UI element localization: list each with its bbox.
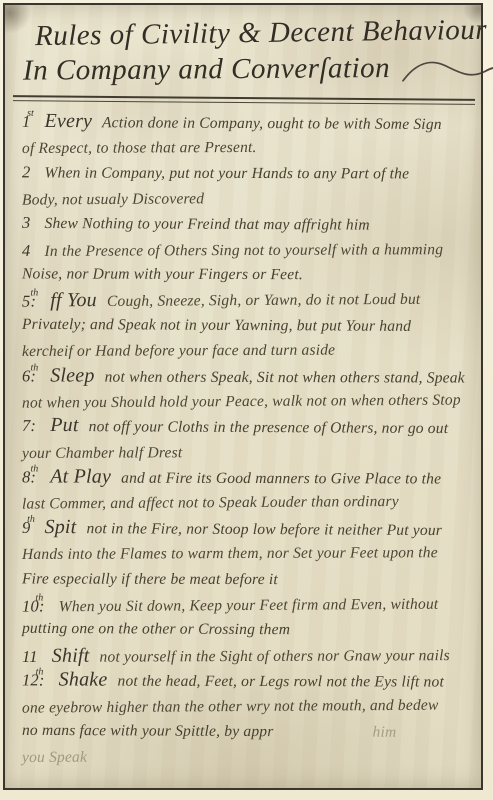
rule-text: Shew Nothing to your Freind that may aff… <box>44 215 369 234</box>
rule-text: In the Presence of Others Sing not to yo… <box>44 241 443 260</box>
rule-lead-word: Shake <box>59 669 108 691</box>
rule-number-superscript: th <box>36 660 44 685</box>
rule-lead-word: Spit <box>44 516 76 538</box>
rule-number-superscript: th <box>30 281 38 306</box>
manuscript-scan: Rules of Civility & Decent Behaviour In … <box>0 0 493 800</box>
rule-text: Fire especially if there be meat before … <box>22 570 278 588</box>
rule-text: you Speak <box>22 749 87 766</box>
rule-line: no mans face with your Spittle, by appr … <box>22 718 471 746</box>
flourish-icon <box>400 54 493 89</box>
rule-text: your Chamber half Drest <box>22 444 182 462</box>
rule-faded-text: him <box>373 724 397 741</box>
rule-line: Privately; and Speak not in your Yawning… <box>22 312 471 340</box>
rule-number: 2 <box>22 160 31 185</box>
rule-number: 1st <box>22 108 31 133</box>
rule-line: putting one on the other or Crossing the… <box>22 616 471 644</box>
rule-lead-word: At Play <box>50 466 111 488</box>
rule-text: not when you Should hold your Peace, wal… <box>22 391 461 411</box>
rule-text: Cough, Sneeze, Sigh, or Yawn, do it not … <box>107 291 421 310</box>
rule-text: no mans face with your Spittle, by appr <box>22 722 274 740</box>
rule-text: last Commer, and affect not to Speak Lou… <box>22 493 399 513</box>
rule-line: 8:th At Play and at Fire its Good manner… <box>22 465 471 492</box>
rule-text: When in Company, put not your Hands to a… <box>45 165 410 183</box>
rule-line: 2 When in Company, put not your Hands to… <box>22 160 471 187</box>
rule-line: 10:th When you Sit down, Keep your Feet … <box>22 590 471 619</box>
rule-number-superscript: th <box>30 355 38 380</box>
rule-number-superscript: th <box>30 457 38 482</box>
page-title-line1: Rules of Civility & Decent Behaviour <box>35 14 477 54</box>
rule-number-superscript: st <box>27 100 34 125</box>
rule-text: Hands into the Flames to warm them, nor … <box>22 544 438 563</box>
rule-text: of Respect, to those that are Present. <box>22 139 257 157</box>
rule-line: Fire especially if there be meat before … <box>22 566 471 593</box>
rule-line: kercheif or Hand before your face and tu… <box>22 337 471 364</box>
rule-line: Noise, nor Drum with your Fingers or Fee… <box>22 261 471 288</box>
rule-line: last Commer, and affect not to Speak Lou… <box>22 489 471 518</box>
rule-line: Body, not usualy Discovered <box>22 184 471 213</box>
rule-number: 6:th <box>22 363 36 388</box>
rule-line: one eyebrow higher than the other wry no… <box>22 692 471 721</box>
rule-line: you Speak <box>22 743 471 770</box>
rule-lead-word: Put <box>50 414 78 436</box>
title-block: Rules of Civility & Decent Behaviour In … <box>5 5 481 90</box>
rule-lead-word: Every <box>44 110 92 132</box>
rule-line: 4 In the Presence of Others Sing not to … <box>22 236 471 263</box>
rule-text: Action done in Company, ought to be with… <box>102 114 442 133</box>
rule-text: not the head, Feet, or Legs rowl not the… <box>118 673 444 691</box>
rule-line: 7: Put not off your Cloths in the presen… <box>22 413 471 441</box>
rule-line: 3 Shew Nothing to your Freind that may a… <box>22 210 471 238</box>
rule-text: kercheif or Hand before your face and tu… <box>22 342 335 360</box>
rule-text: not in the Fire, nor Stoop low before it… <box>86 520 442 539</box>
rule-text: Body, not usualy Discovered <box>22 190 204 208</box>
rule-text: not off your Cloths in the presence of O… <box>89 418 449 437</box>
rule-number-superscript: th <box>35 585 43 610</box>
manuscript-page: Rules of Civility & Decent Behaviour In … <box>3 3 483 790</box>
rule-text: When you Sit down, Keep your Feet firm a… <box>59 596 439 616</box>
rule-line: your Chamber half Drest <box>22 439 471 466</box>
rule-number: 9th <box>22 515 31 540</box>
rule-line: 1st Every Action done in Company, ought … <box>22 108 471 136</box>
rule-line: 6:th Sleep not when others Speak, Sit no… <box>22 363 471 390</box>
rule-lead-word: Sleep <box>50 364 94 386</box>
rule-number-superscript: th <box>27 507 35 532</box>
rule-text: Noise, nor Drum with your Fingers or Fee… <box>22 265 303 283</box>
rule-text: not when others Speak, Sit not when othe… <box>105 368 465 386</box>
rule-line: 11 Shift not yourself in the Sight of ot… <box>22 642 471 669</box>
rule-line: 12:th Shake not the head, Feet, or Legs … <box>22 668 471 695</box>
rules-lines: 1st Every Action done in Company, ought … <box>5 103 481 770</box>
rule-number: 3 <box>22 210 31 235</box>
rule-line: 9th Spit not in the Fire, nor Stoop low … <box>22 515 471 543</box>
rule-line: not when you Should hold your Peace, wal… <box>22 387 471 416</box>
rule-number: 12:th <box>22 668 45 693</box>
rule-text: one eyebrow higher than the other wry no… <box>22 696 439 716</box>
rule-text: Privately; and Speak not in your Yawning… <box>22 316 411 335</box>
rule-line: Hands into the Flames to warm them, nor … <box>22 540 471 567</box>
rule-line: 5:th ff You Cough, Sneeze, Sigh, or Yawn… <box>22 286 471 315</box>
rule-number: 8:th <box>22 465 36 490</box>
rule-number: 5:th <box>22 289 36 315</box>
rule-number: 7: <box>22 413 36 438</box>
rule-lead-word: Shift <box>52 645 90 667</box>
rule-line: of Respect, to those that are Present. <box>22 134 471 161</box>
rule-number: 4 <box>22 238 31 263</box>
rule-text: and at Fire its Good manners to Give Pla… <box>121 470 441 488</box>
rule-text: not yourself in the Sight of others nor … <box>99 647 449 666</box>
rule-lead-word: ff You <box>50 289 97 311</box>
rule-text: putting one on the other or Crossing the… <box>22 620 290 638</box>
page-title-line2: In Company and Converſation <box>23 52 390 88</box>
